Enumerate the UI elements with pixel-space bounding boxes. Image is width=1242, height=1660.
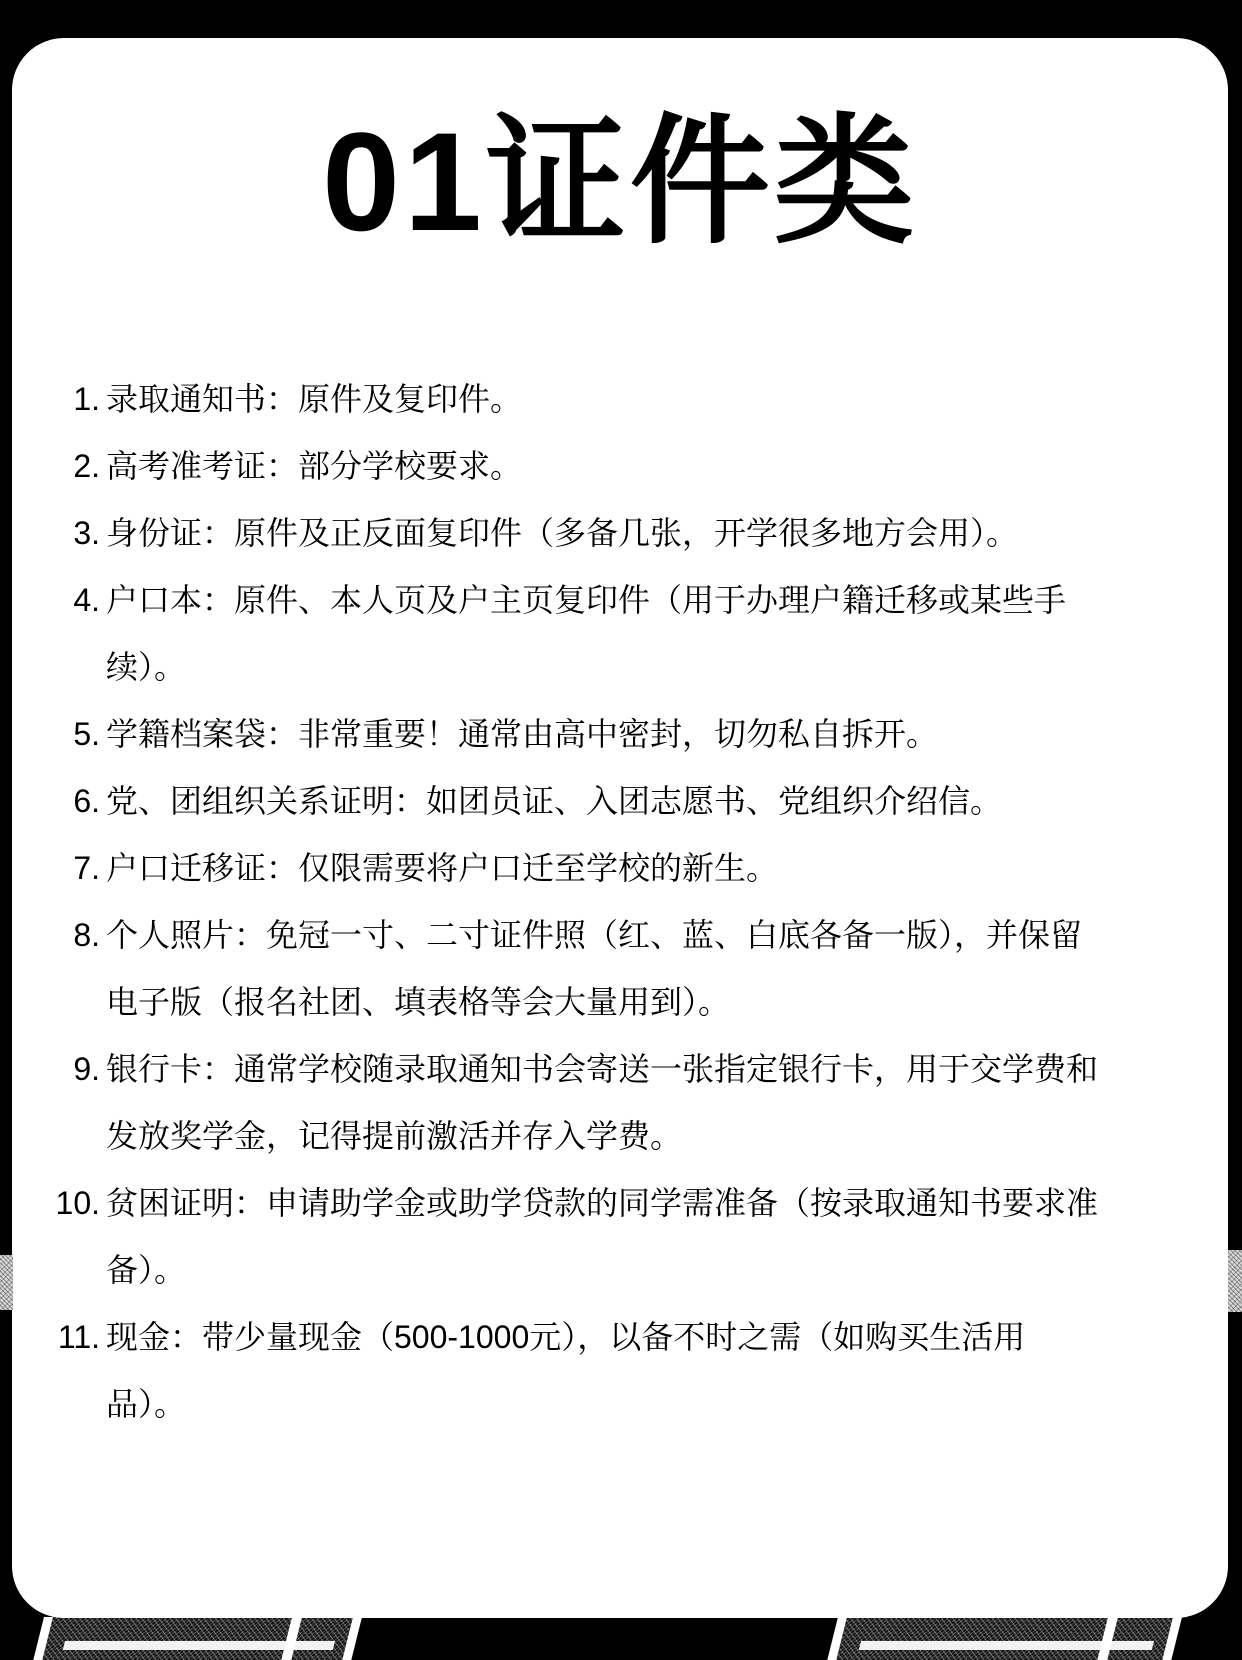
content-card: 01证件类 1.录取通知书：原件及复印件。2.高考准考证：部分学校要求。3.身份… bbox=[12, 38, 1228, 1618]
photo-white-bar bbox=[281, 1617, 302, 1660]
bottom-background-collage bbox=[0, 1617, 1242, 1660]
background-photo-fragment-left bbox=[33, 1617, 362, 1660]
item-text-line: 学籍档案袋：非常重要！通常由高中密封，切勿私自拆开。 bbox=[106, 701, 1228, 768]
checklist-item: 11.现金：带少量现金（500-1000元），以备不时之需（如购买生活用品）。 bbox=[12, 1304, 1228, 1438]
checklist-item: 9.银行卡：通常学校随录取通知书会寄送一张指定银行卡，用于交学费和发放奖学金，记… bbox=[12, 1036, 1228, 1170]
item-text: 现金：带少量现金（500-1000元），以备不时之需（如购买生活用品）。 bbox=[106, 1304, 1228, 1438]
item-text: 贫困证明：申请助学金或助学贷款的同学需准备（按录取通知书要求准备）。 bbox=[106, 1170, 1228, 1304]
item-number: 10. bbox=[12, 1170, 100, 1304]
item-text-line: 银行卡：通常学校随录取通知书会寄送一张指定银行卡，用于交学费和 bbox=[106, 1036, 1228, 1103]
checklist-item: 6.党、团组织关系证明：如团员证、入团志愿书、党组织介绍信。 bbox=[12, 768, 1228, 835]
item-number: 11. bbox=[12, 1304, 100, 1438]
background-photo-fragment-right bbox=[827, 1617, 1182, 1660]
item-text: 个人照片：免冠一寸、二寸证件照（红、蓝、白底各备一版），并保留电子版（报名社团、… bbox=[106, 902, 1228, 1036]
item-number: 3. bbox=[12, 500, 100, 567]
item-text-line: 现金：带少量现金（500-1000元），以备不时之需（如购买生活用 bbox=[106, 1304, 1228, 1371]
item-text-line: 录取通知书：原件及复印件。 bbox=[106, 366, 1228, 433]
item-number: 8. bbox=[12, 902, 100, 1036]
checklist-item: 10.贫困证明：申请助学金或助学贷款的同学需准备（按录取通知书要求准备）。 bbox=[12, 1170, 1228, 1304]
item-number: 7. bbox=[12, 835, 100, 902]
item-number: 4. bbox=[12, 567, 100, 701]
checklist-item: 4.户口本：原件、本人页及户主页复印件（用于办理户籍迁移或某些手续）。 bbox=[12, 567, 1228, 701]
item-number: 1. bbox=[12, 366, 100, 433]
item-text: 身份证：原件及正反面复印件（多备几张，开学很多地方会用）。 bbox=[106, 500, 1228, 567]
page: 01证件类 1.录取通知书：原件及复印件。2.高考准考证：部分学校要求。3.身份… bbox=[0, 0, 1242, 1660]
torn-edge-texture-right bbox=[1228, 1250, 1242, 1312]
item-text: 学籍档案袋：非常重要！通常由高中密封，切勿私自拆开。 bbox=[106, 701, 1228, 768]
item-text-line: 户口本：原件、本人页及户主页复印件（用于办理户籍迁移或某些手 bbox=[106, 567, 1228, 634]
item-text-line: 贫困证明：申请助学金或助学贷款的同学需准备（按录取通知书要求准 bbox=[106, 1170, 1228, 1237]
item-text: 户口迁移证：仅限需要将户口迁至学校的新生。 bbox=[106, 835, 1228, 902]
item-text: 户口本：原件、本人页及户主页复印件（用于办理户籍迁移或某些手续）。 bbox=[106, 567, 1228, 701]
item-number: 2. bbox=[12, 433, 100, 500]
item-number: 6. bbox=[12, 768, 100, 835]
checklist-item: 7.户口迁移证：仅限需要将户口迁至学校的新生。 bbox=[12, 835, 1228, 902]
item-text: 高考准考证：部分学校要求。 bbox=[106, 433, 1228, 500]
checklist-item: 2.高考准考证：部分学校要求。 bbox=[12, 433, 1228, 500]
torn-edge-texture-left bbox=[0, 1255, 13, 1310]
checklist: 1.录取通知书：原件及复印件。2.高考准考证：部分学校要求。3.身份证：原件及正… bbox=[12, 366, 1228, 1438]
checklist-item: 1.录取通知书：原件及复印件。 bbox=[12, 366, 1228, 433]
item-text-line: 电子版（报名社团、填表格等会大量用到）。 bbox=[106, 969, 1228, 1036]
item-text-line: 品）。 bbox=[106, 1371, 1228, 1438]
item-text-line: 备）。 bbox=[106, 1237, 1228, 1304]
item-text: 党、团组织关系证明：如团员证、入团志愿书、党组织介绍信。 bbox=[106, 768, 1228, 835]
item-text-line: 续）。 bbox=[106, 634, 1228, 701]
checklist-item: 5.学籍档案袋：非常重要！通常由高中密封，切勿私自拆开。 bbox=[12, 701, 1228, 768]
page-title: 01证件类 bbox=[12, 102, 1228, 262]
item-text-line: 发放奖学金，记得提前激活并存入学费。 bbox=[106, 1103, 1228, 1170]
item-text-line: 户口迁移证：仅限需要将户口迁至学校的新生。 bbox=[106, 835, 1228, 902]
item-text-line: 身份证：原件及正反面复印件（多备几张，开学很多地方会用）。 bbox=[106, 500, 1228, 567]
item-text: 录取通知书：原件及复印件。 bbox=[106, 366, 1228, 433]
item-text-line: 高考准考证：部分学校要求。 bbox=[106, 433, 1228, 500]
checklist-item: 8.个人照片：免冠一寸、二寸证件照（红、蓝、白底各备一版），并保留电子版（报名社… bbox=[12, 902, 1228, 1036]
item-number: 5. bbox=[12, 701, 100, 768]
photo-white-bar bbox=[1097, 1617, 1118, 1660]
item-text-line: 个人照片：免冠一寸、二寸证件照（红、蓝、白底各备一版），并保留 bbox=[106, 902, 1228, 969]
item-number: 9. bbox=[12, 1036, 100, 1170]
checklist-item: 3.身份证：原件及正反面复印件（多备几张，开学很多地方会用）。 bbox=[12, 500, 1228, 567]
item-text: 银行卡：通常学校随录取通知书会寄送一张指定银行卡，用于交学费和发放奖学金，记得提… bbox=[106, 1036, 1228, 1170]
item-text-line: 党、团组织关系证明：如团员证、入团志愿书、党组织介绍信。 bbox=[106, 768, 1228, 835]
